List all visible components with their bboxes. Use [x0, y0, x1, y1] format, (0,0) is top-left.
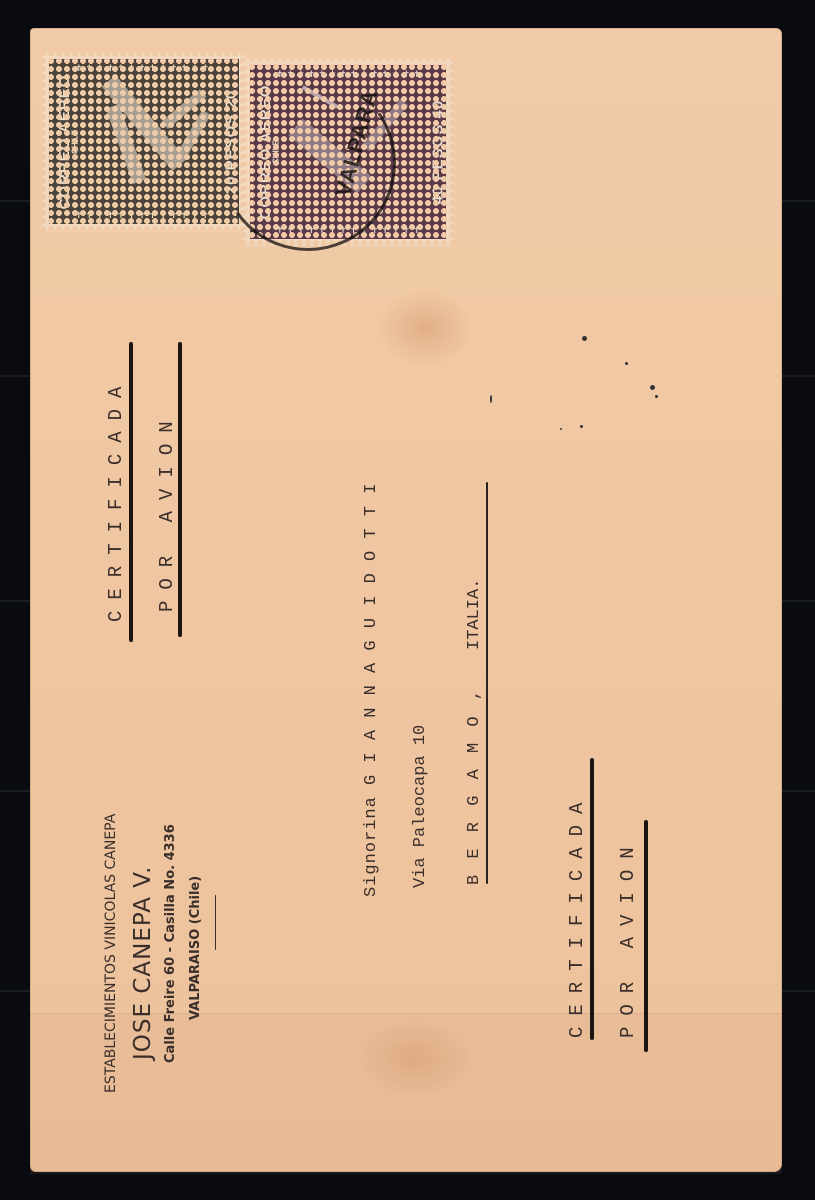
- underline-bar: [129, 342, 133, 642]
- recipient-underline: [486, 482, 488, 884]
- ink-speck: [625, 362, 628, 365]
- por-avion-label-top: POR AVION: [156, 410, 178, 612]
- sender-city: VALPARAISO (Chile): [188, 876, 203, 1020]
- stamp-border-crosses: ✝✝✝✝✝✝✝✝✝✝✝✝✝✝✝: [75, 63, 213, 73]
- recipient-street: Via Paleocapa 10: [411, 725, 430, 888]
- recipient-name: Signorina G I A N N A G U I D O T T I: [362, 483, 381, 897]
- ink-speck: [582, 336, 587, 341]
- stamp-20-pesos: ✝✝✝✝✝✝✝✝✝✝✝✝✝✝✝ ✝✝✝✝✝✝✝✝✝✝✝✝✝✝✝ CORREO A…: [42, 52, 246, 231]
- ink-speck: [560, 428, 562, 430]
- recipient-city: B E R G A M O ,: [465, 687, 484, 885]
- stamp-border-crosses: ✝✝✝✝✝✝✝✝✝✝✝✝✝✝✝: [75, 210, 213, 220]
- underline-bar: [590, 758, 594, 1040]
- sender-company: ESTABLECIMIENTOS VINICOLAS CANEPA: [103, 814, 119, 1093]
- certificada-label-bottom: CERTIFICADA: [566, 792, 588, 1038]
- stamp-country-label: CHILE: [71, 130, 80, 154]
- ink-speck: [580, 425, 583, 428]
- sender-name: JOSE CANEPA V.: [130, 866, 156, 1060]
- sender-street: Calle Freire 60 - Casilla No. 4336: [163, 824, 178, 1063]
- ink-speck: [490, 395, 492, 403]
- sender-rule: [215, 895, 216, 950]
- ink-speck: [655, 395, 658, 398]
- ink-speck: [650, 385, 655, 390]
- underline-bar: [644, 820, 648, 1052]
- por-avion-label-bottom: POR AVION: [617, 836, 639, 1038]
- airplane-icon: [177, 110, 211, 158]
- certificada-label-top: CERTIFICADA: [105, 376, 127, 622]
- stamp-value-label: 40 PESOS 40: [429, 100, 446, 204]
- recipient-country: ITALIA.: [465, 579, 484, 650]
- underline-bar: [178, 342, 182, 637]
